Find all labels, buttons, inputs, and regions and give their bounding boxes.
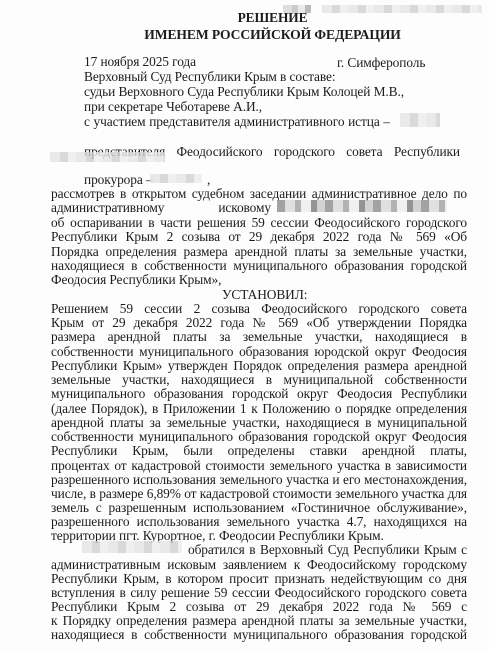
body-line: Крым от 29 декабря 2022 года № 569 «Об у… [51, 315, 467, 330]
intro-text: Республики Крым 2 созыва от 29 декабря 2… [51, 229, 467, 244]
body-text: собственности муниципального образования… [51, 344, 467, 359]
intro-text: административному исковому заявлению [51, 200, 271, 215]
document-title: РЕШЕНИЕ [0, 10, 489, 25]
court-line: прокурора – [84, 172, 153, 187]
intro-line: Республики Крым 2 созыва от 29 декабря 2… [51, 229, 467, 244]
redacted-name [400, 113, 440, 127]
intro-line: административному исковому заявлению [51, 200, 271, 215]
section-heading: УСТАНОВИЛ: [222, 287, 307, 302]
body-line: процентах от кадастровой стоимости земел… [51, 458, 467, 473]
appeal-text: Республики Крым, в котором просит призна… [51, 571, 467, 586]
intro-line: об оспаривании в части решения 59 сессии… [51, 215, 467, 230]
body-text: земельные участки, находящиеся в муницип… [51, 372, 467, 387]
body-text: размера арендной платы за земельные учас… [51, 329, 467, 344]
body-line: земельные участки, находящиеся в муницип… [51, 372, 467, 387]
court-line: с участием представителя административно… [84, 114, 390, 129]
court-line: , [207, 172, 210, 187]
appeal-text: находящиеся в собственности муниципально… [51, 627, 467, 642]
body-text: разрешенного использования земельного уч… [51, 472, 467, 487]
body-line: размера арендной платы за земельные учас… [51, 329, 467, 344]
body-line: арендной платы за земельные участки, нах… [51, 415, 467, 430]
redacted-name [150, 174, 202, 183]
redacted-name [82, 541, 182, 553]
appeal-line: находящиеся в собственности муниципально… [51, 627, 467, 642]
intro-text: находящиеся в собственности муниципально… [51, 258, 467, 273]
body-text: Крым от 29 декабря 2022 года № 569 «Об у… [51, 315, 467, 330]
decision-date: 17 ноября 2025 года [84, 54, 196, 69]
body-text: Республики Крым» утвержден Порядок опред… [51, 358, 467, 373]
court-line: при секретаре Чеботареве А.И., [84, 99, 262, 114]
body-line: земель с разрешенным использованием «Гос… [51, 500, 467, 515]
appeal-text: вступления в силу решение 59 сессии Феод… [51, 585, 467, 600]
appeal-text: административным исковым заявлением к Фе… [51, 557, 467, 572]
body-text: (далее Порядок), в Приложении 1 к Положе… [51, 401, 467, 416]
appeal-line: к Порядку определения размера арендной п… [51, 613, 467, 628]
body-text: арендной платы за земельные участки, нах… [51, 415, 467, 430]
court-line: судьи Верховного Суда Республики Крым Ко… [84, 84, 404, 99]
body-line: собственности муниципального образования… [51, 344, 467, 359]
appeal-line: обратился в Верховный Суд Республики Кры… [188, 542, 467, 557]
body-text: муниципального образования городской окр… [51, 386, 467, 401]
body-line: числе, в размере 6,89% от кадастровой ст… [51, 486, 467, 501]
body-line: Республики Крым» утвержден Порядок опред… [51, 358, 467, 373]
court-decision-page: РЕШЕНИЕ ИМЕНЕМ РОССИЙСКОЙ ФЕДЕРАЦИИ 17 н… [0, 0, 489, 652]
intro-line: находящиеся в собственности муниципально… [51, 258, 467, 273]
appeal-line: административным исковым заявлением к Фе… [51, 557, 467, 572]
body-line: разрешенного использования земельного уч… [51, 514, 467, 529]
intro-line: рассмотрев в открытом судебном заседании… [51, 186, 467, 201]
body-line: разрешенного использования земельного уч… [51, 472, 467, 487]
body-line: Решением 59 сессии 2 созыва Феодосийског… [51, 301, 467, 316]
appeal-line: Республики Крым, в котором просит призна… [51, 571, 467, 586]
intro-text: рассмотрев в открытом судебном заседании… [51, 186, 467, 201]
body-text: разрешенного использования земельного уч… [51, 514, 467, 529]
court-line: Верховный Суд Республики Крым в составе: [84, 69, 335, 84]
body-line: муниципального образования городской окр… [51, 386, 467, 401]
court-line-text: с участием представителя административно… [84, 114, 390, 129]
intro-text: об оспаривании в части решения 59 сессии… [51, 215, 467, 230]
body-text: процентах от кадастровой стоимости земел… [51, 458, 467, 473]
body-line: собственности муниципального образования… [51, 429, 467, 444]
body-text: собственности муниципального образования… [51, 429, 467, 444]
decision-city: г. Симферополь [337, 55, 425, 70]
body-text: числе, в размере 6,89% от кадастровой ст… [51, 486, 467, 501]
redacted-name [50, 152, 165, 162]
appeal-line: Республики Крым 2 созыва от 29 декабря 2… [51, 599, 467, 614]
appeal-text: к Порядку определения размера арендной п… [51, 613, 467, 628]
appeal-text: Республики Крым 2 созыва от 29 декабря 2… [51, 599, 467, 614]
body-line: (далее Порядок), в Приложении 1 к Положе… [51, 401, 467, 416]
redacted-name [277, 200, 447, 212]
body-text: Решением 59 сессии 2 созыва Феодосийског… [51, 301, 467, 316]
body-text: Республики Крым, были определены ставки … [51, 443, 467, 458]
intro-text: Порядка определения размера арендной пла… [51, 244, 467, 259]
document-subtitle: ИМЕНЕМ РОССИЙСКОЙ ФЕДЕРАЦИИ [0, 27, 489, 42]
appeal-text: обратился в Верховный Суд Республики Кры… [188, 542, 467, 557]
body-line: Республики Крым, были определены ставки … [51, 443, 467, 458]
body-text: земель с разрешенным использованием «Гос… [51, 500, 467, 515]
intro-line: Порядка определения размера арендной пла… [51, 244, 467, 259]
appeal-line: вступления в силу решение 59 сессии Феод… [51, 585, 467, 600]
intro-line: Феодосия Республики Крым», [51, 272, 221, 287]
